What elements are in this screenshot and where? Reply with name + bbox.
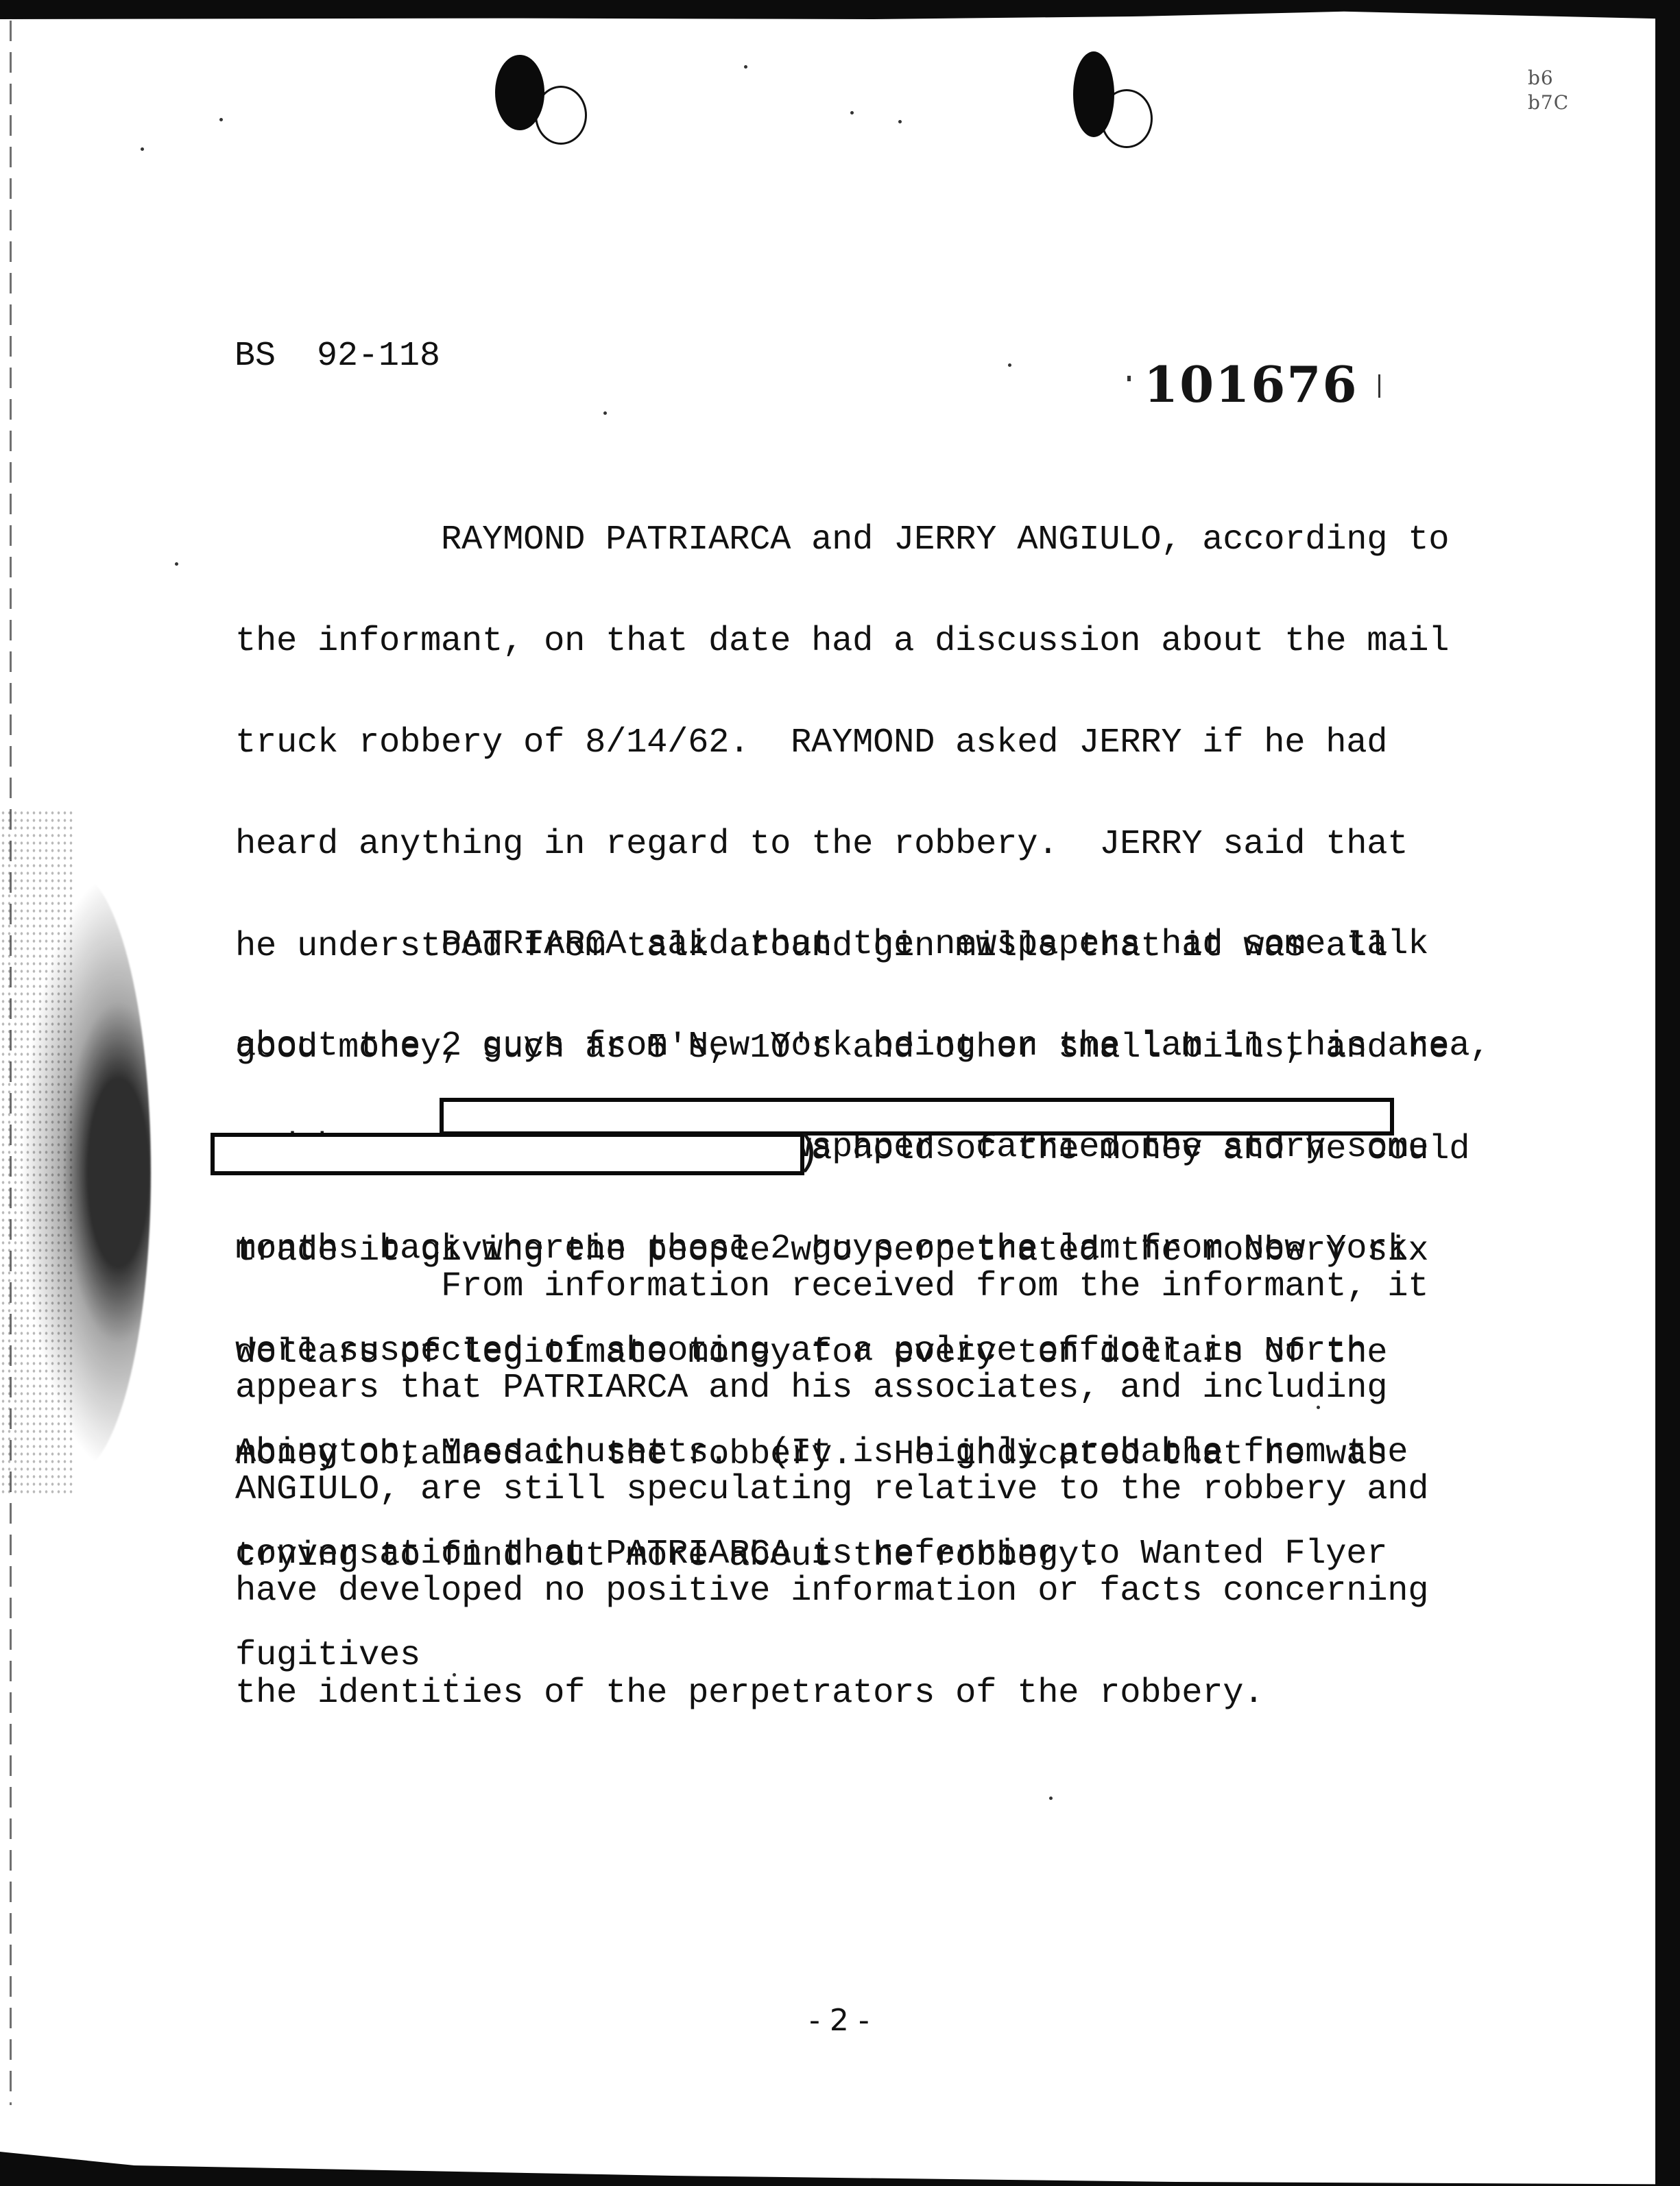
text-line: truck robbery of 8/14/62. RAYMOND asked … — [235, 726, 1538, 760]
scan-border-bottom — [0, 2152, 1680, 2186]
exemption-code-b7c: b7C — [1528, 91, 1569, 115]
text-line: the identities of the perpetrators of th… — [235, 1677, 1538, 1710]
file-number: BS 92-118 — [235, 339, 440, 374]
scan-border-right — [1655, 0, 1680, 2186]
text-line: ANGIULO, are still speculating relative … — [235, 1473, 1538, 1506]
text-line: the informant, on that date had a discus… — [235, 625, 1538, 658]
text-line: PATRIARCA said that the newspapers had s… — [235, 928, 1538, 961]
redaction-box-1 — [440, 1098, 1394, 1136]
page-number: - 2 - — [809, 2004, 869, 2038]
speck — [898, 120, 902, 123]
scan-border-top — [0, 0, 1680, 19]
speck — [744, 65, 747, 69]
text-line: have developed no positive information o… — [235, 1574, 1538, 1608]
text-line: appears that PATRIARCA and his associate… — [235, 1371, 1538, 1405]
stamp-mark — [1127, 376, 1131, 381]
text-line: heard anything in regard to the robbery.… — [235, 828, 1538, 861]
redaction-box-2 — [211, 1133, 804, 1175]
speck — [1008, 363, 1011, 367]
speck — [219, 118, 223, 121]
paragraph-3: From information received from the infor… — [235, 1202, 1538, 1744]
speck — [603, 411, 607, 415]
exemption-codes: b6 b7C — [1528, 66, 1569, 115]
text-line: about the 2 guys from New York being on … — [235, 1029, 1538, 1063]
speck — [850, 111, 854, 115]
speck — [175, 562, 178, 566]
scan-smudge — [21, 871, 151, 1474]
exemption-code-b6: b6 — [1528, 66, 1569, 91]
text-line: From information received from the infor… — [235, 1270, 1538, 1304]
speck — [141, 147, 144, 151]
stamp-mark — [1378, 374, 1380, 398]
speck — [1049, 1797, 1053, 1800]
serial-stamp: 101676 — [1144, 361, 1358, 409]
text-line: RAYMOND PATRIARCA and JERRY ANGIULO, acc… — [235, 523, 1538, 557]
closing-parenthesis: ) — [795, 1133, 820, 1174]
